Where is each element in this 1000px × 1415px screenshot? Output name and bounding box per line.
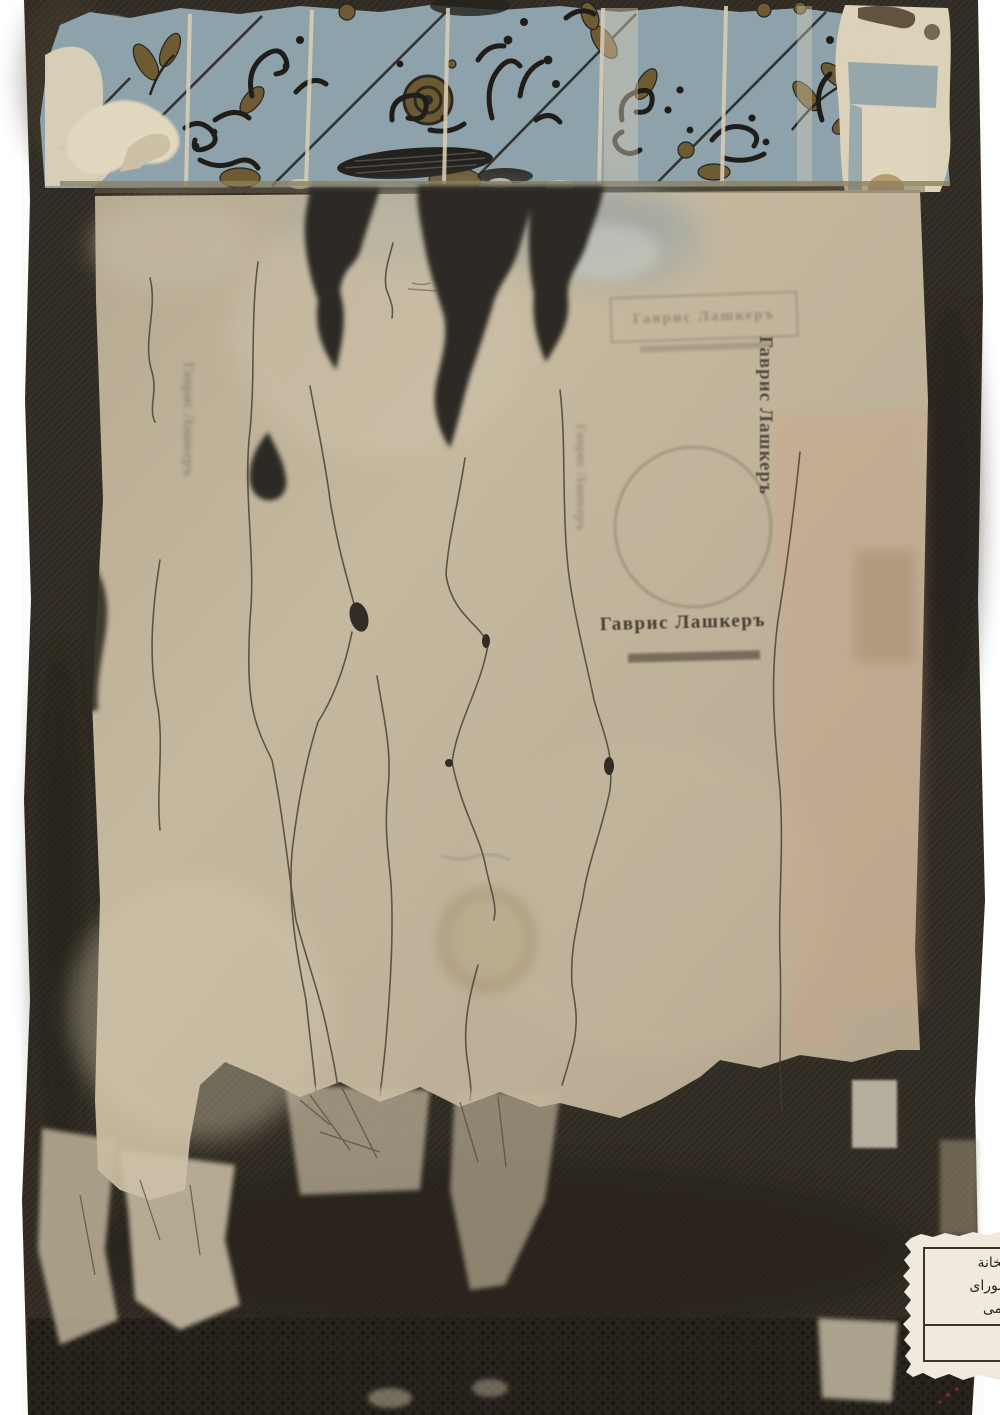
cover-artwork xyxy=(0,0,1000,1415)
library-label-divider xyxy=(925,1324,1000,1326)
library-label-line-2: شوراى xyxy=(925,1275,1000,1298)
library-label-frame: ابخانة شوراى لامى xyxy=(923,1247,1000,1362)
library-label: ابخانة شوراى لامى xyxy=(903,1232,1000,1380)
scan-grain-overlay xyxy=(22,0,984,1415)
library-label-line-1: ابخانة xyxy=(925,1252,1000,1275)
library-label-line-3: لامى xyxy=(925,1298,1000,1321)
book-cover-scan: Гаврис Лашкеръ Гаврис Лашкеръ Гаврис Лаш… xyxy=(0,0,1000,1415)
